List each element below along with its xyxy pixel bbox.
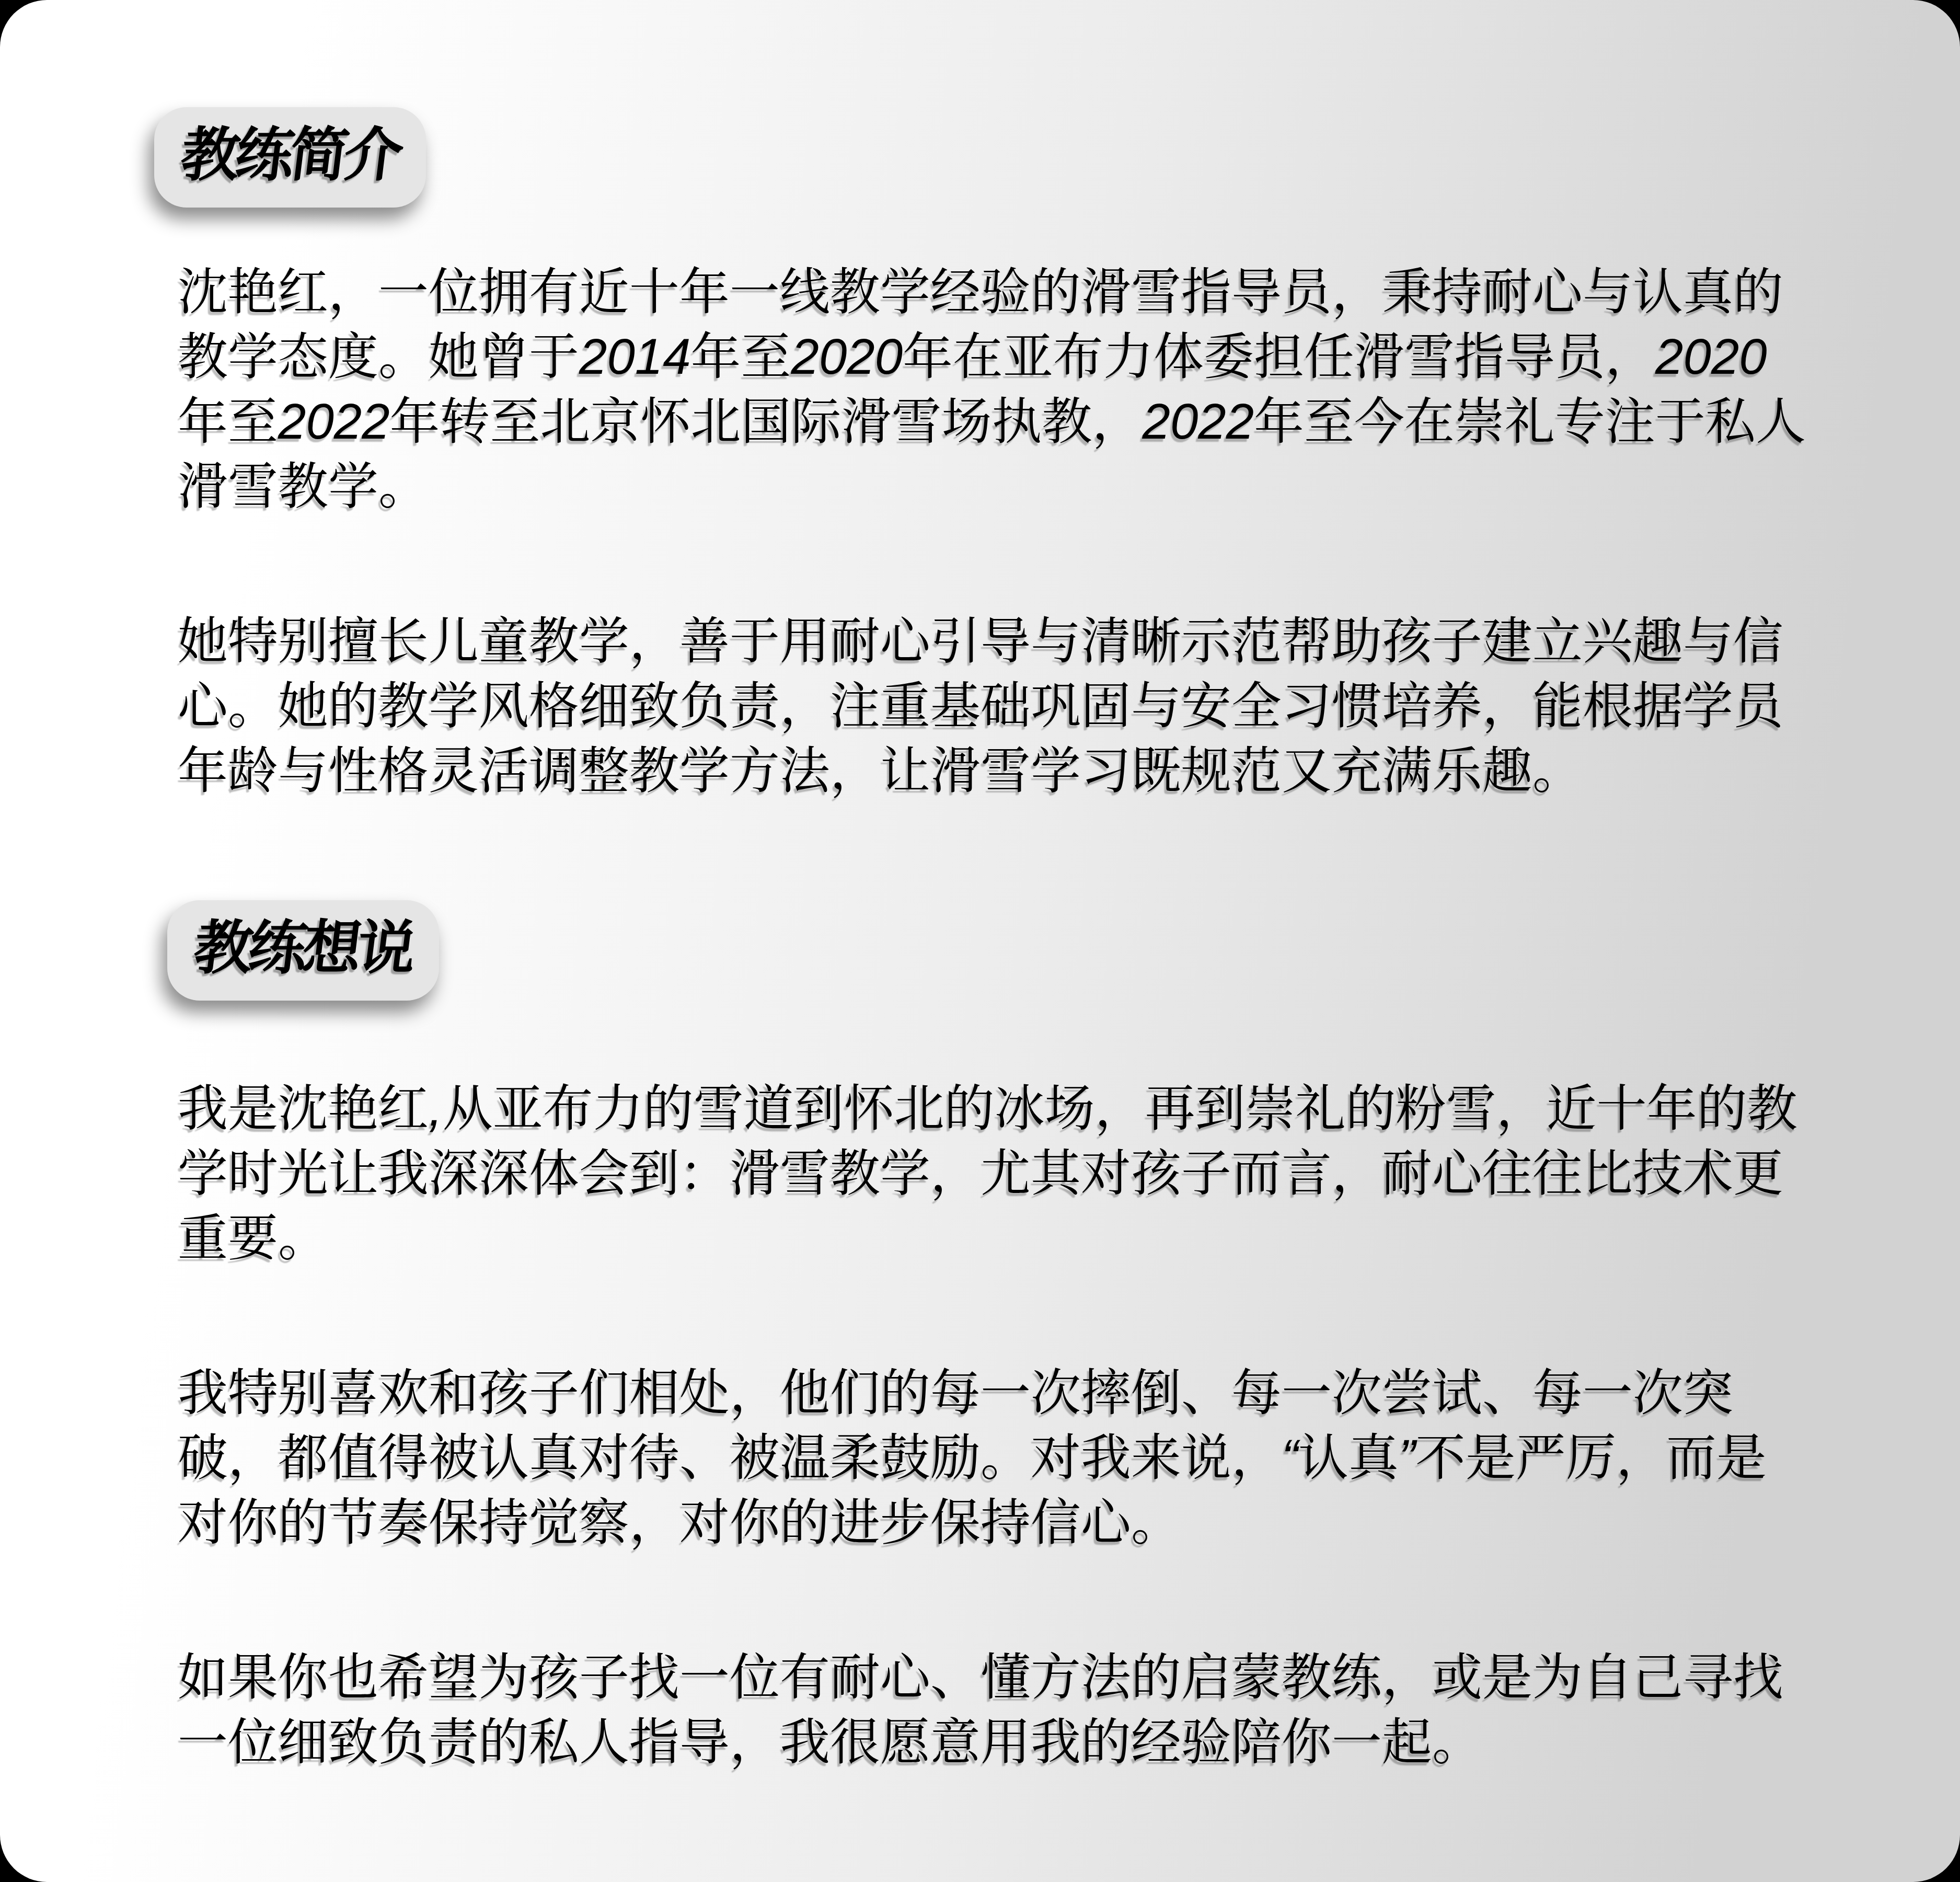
coach-intro-paragraph-2: 她特别擅长儿童教学，善于用耐心引导与清晰示范帮助孩子建立兴趣与信心。她的教学风格…	[178, 609, 1814, 804]
badge-coach-intro-label: 教练简介	[178, 126, 402, 185]
page-content: 教练简介 沈艳红，一位拥有近十年一线教学经验的滑雪指导员，秉持耐心与认真的教学态…	[0, 0, 1960, 1882]
section-coach-intro: 教练简介 沈艳红，一位拥有近十年一线教学经验的滑雪指导员，秉持耐心与认真的教学态…	[154, 107, 1829, 804]
page-card: 教练简介 沈艳红，一位拥有近十年一线教学经验的滑雪指导员，秉持耐心与认真的教学态…	[0, 0, 1960, 1882]
badge-coach-message: 教练想说	[167, 900, 439, 1001]
coach-message-paragraph-2: 我特别喜欢和孩子们相处，他们的每一次摔倒、每一次尝试、每一次突破，都值得被认真对…	[178, 1361, 1814, 1555]
coach-message-paragraph-1: 我是沈艳红,从亚布力的雪道到怀北的冰场，再到崇礼的粉雪，近十年的教学时光让我深深…	[178, 1076, 1814, 1271]
badge-coach-message-label: 教练想说	[191, 919, 416, 978]
coach-message-paragraph-3: 如果你也希望为孩子找一位有耐心、懂方法的启蒙教练，或是为自己寻找一位细致负责的私…	[178, 1645, 1814, 1775]
coach-intro-paragraphs: 沈艳红，一位拥有近十年一线教学经验的滑雪指导员，秉持耐心与认真的教学态度。她曾于…	[154, 260, 1829, 804]
badge-coach-intro: 教练简介	[154, 107, 426, 208]
section-coach-message: 教练想说 我是沈艳红,从亚布力的雪道到怀北的冰场，再到崇礼的粉雪，近十年的教学时…	[154, 900, 1829, 1775]
coach-message-paragraphs: 我是沈艳红,从亚布力的雪道到怀北的冰场，再到崇礼的粉雪，近十年的教学时光让我深深…	[154, 1076, 1829, 1775]
coach-intro-paragraph-1: 沈艳红，一位拥有近十年一线教学经验的滑雪指导员，秉持耐心与认真的教学态度。她曾于…	[178, 260, 1814, 519]
